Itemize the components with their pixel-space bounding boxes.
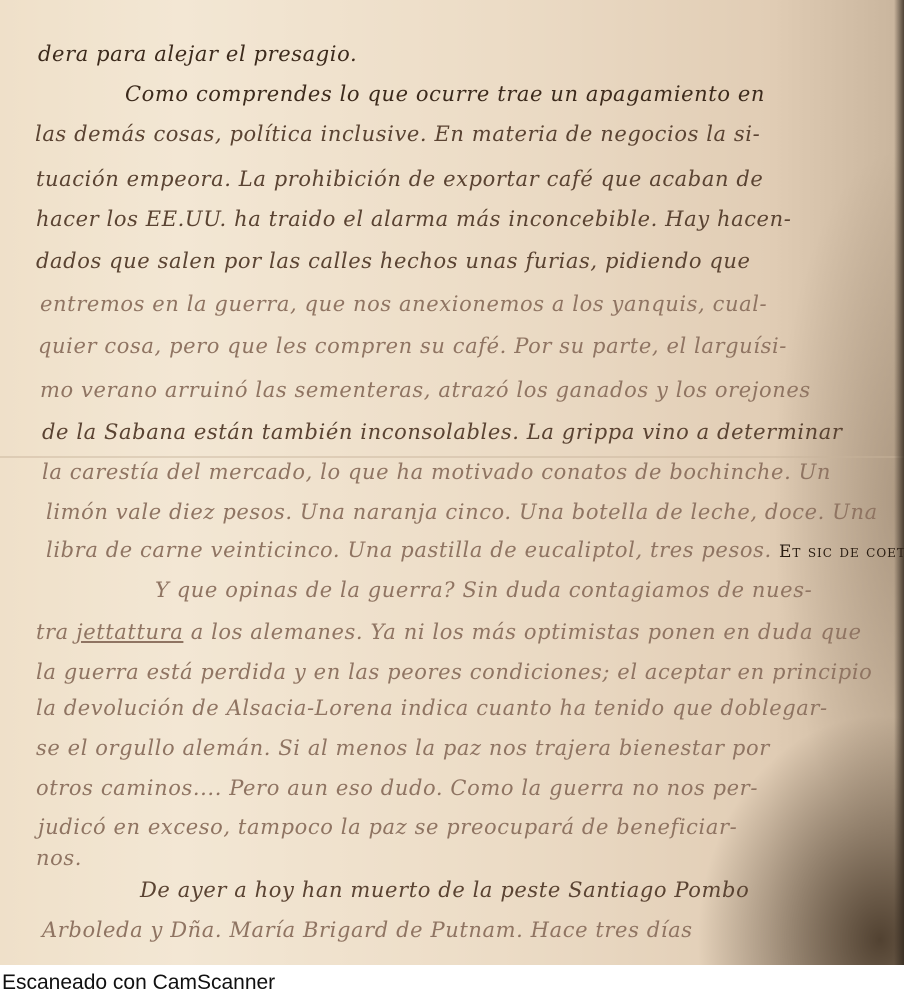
text-line-4: tuación empeora. La prohibición de expor… <box>36 167 763 191</box>
text-line-12: limón vale diez pesos. Una naranja cinco… <box>46 500 878 524</box>
underlined-word: jettattura <box>76 620 183 644</box>
text-line-9: mo verano arruinó las sementeras, atrazó… <box>40 378 811 402</box>
text-line-13-body: libra de carne veinticinco. Una pastilla… <box>46 538 772 562</box>
text-line-16: la guerra está perdida y en las peores c… <box>36 660 872 684</box>
camscanner-watermark: Escaneado con CamScanner <box>2 968 275 997</box>
text-line-8: quier cosa, pero que les compren su café… <box>38 334 787 358</box>
text-line-11: la carestía del mercado, lo que ha motiv… <box>42 460 831 484</box>
text-line-19: otros caminos.... Pero aun eso dudo. Com… <box>36 776 758 800</box>
scanned-letter-page: dera para alejar el presagio. Como compr… <box>0 0 904 965</box>
text-line-14: Y que opinas de la guerra? Sin duda cont… <box>155 578 812 602</box>
text-line-3: las demás cosas, política inclusive. En … <box>35 122 760 146</box>
text-line-2: Como comprendes lo que ocurre trae un ap… <box>125 82 765 106</box>
text-line-22: De ayer a hoy han muerto de la peste San… <box>140 878 749 902</box>
text-line-15-start: tra <box>36 620 69 644</box>
text-line-1: dera para alejar el presagio. <box>38 42 357 66</box>
text-line-10: de la Sabana están también inconsolables… <box>42 420 843 444</box>
text-line-6: dados que salen por las calles hechos un… <box>36 249 751 273</box>
text-line-23: Arboleda y Dña. María Brigard de Putnam.… <box>42 918 693 942</box>
text-line-17: la devolución de Alsacia-Lorena indica c… <box>36 696 828 720</box>
text-line-15: tra jettattura a los alemanes. Ya ni los… <box>36 620 862 644</box>
page-shadow-edge <box>894 0 904 965</box>
text-line-20: judicó en exceso, tampoco la paz se preo… <box>38 815 737 839</box>
text-line-21: nos. <box>36 846 82 870</box>
text-line-7: entremos en la guerra, que nos anexionem… <box>40 292 767 316</box>
text-line-15-rest: a los alemanes. Ya ni los más optimistas… <box>191 620 862 644</box>
text-line-18: se el orgullo alemán. Si al menos la paz… <box>36 736 770 760</box>
paper-fold-line <box>0 456 904 458</box>
text-line-5: hacer los EE.UU. ha traido el alarma más… <box>36 207 791 231</box>
latin-phrase: Et sic de coeteris <box>779 542 904 562</box>
text-line-13: libra de carne veinticinco. Una pastilla… <box>46 538 904 562</box>
